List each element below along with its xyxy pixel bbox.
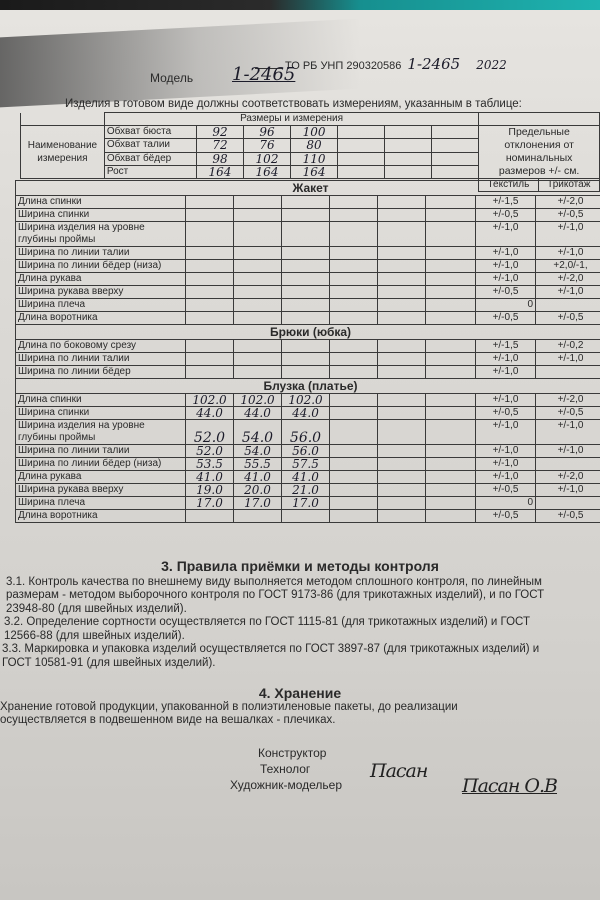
measurement-value (186, 286, 234, 299)
measurement-value: 102.0 (186, 394, 234, 407)
size-value (432, 165, 479, 178)
tolerance-textile: +/-0,5 (476, 209, 536, 222)
tolerance-textile: +/-1,0 (476, 353, 536, 366)
measurement-value (426, 209, 476, 222)
measurement-value (234, 299, 282, 312)
measurement-value (330, 510, 378, 523)
measurement-value: 52.0 (186, 420, 234, 445)
measurement-row: Ширина по линии бёдер (низа)+/-1,0+2,0/-… (16, 260, 600, 273)
measurement-value (426, 340, 476, 353)
measurement-label: Длина воротника (16, 510, 186, 523)
tolerance-knit: +/-2,0 (536, 471, 600, 484)
measurement-value (378, 273, 426, 286)
measurement-value (330, 312, 378, 325)
measurement-value (426, 471, 476, 484)
measurement-value (282, 273, 330, 286)
measurement-value (378, 497, 426, 510)
tolerance-knit: +/-0,5 (536, 407, 600, 420)
measurement-value: 54.0 (234, 445, 282, 458)
measurement-row: Длина воротника+/-0,5+/-0,5 (16, 312, 600, 325)
measurement-value (282, 247, 330, 260)
measurement-value (426, 196, 476, 209)
tolerance-knit (536, 458, 600, 471)
size-value (385, 139, 432, 152)
tolerance-textile: 0 (476, 299, 536, 312)
measurement-value (426, 510, 476, 523)
measurement-value (234, 247, 282, 260)
measurement-label: Длина по боковому срезу (16, 340, 186, 353)
size-label: Обхват бёдер (104, 152, 196, 165)
measurement-row: Ширина изделия на уровне глубины проймы+… (16, 222, 600, 247)
measurement-value (282, 353, 330, 366)
measurement-value (426, 445, 476, 458)
measurement-value: 53.5 (186, 458, 234, 471)
measurement-label: Ширина по линии талии (16, 445, 186, 458)
tolerance-knit (536, 299, 600, 312)
measurement-label: Ширина по линии талии (16, 247, 186, 260)
measurement-value: 56.0 (282, 420, 330, 445)
measurement-row: Ширина спинки44.044.044.0+/-0,5+/-0,5 (16, 407, 600, 420)
measurement-value: 102.0 (234, 394, 282, 407)
measurement-value (330, 209, 378, 222)
rules-title: 3. Правила приёмки и методы контроля (0, 560, 600, 574)
measurement-value (426, 273, 476, 286)
measurement-value (234, 340, 282, 353)
measurement-value (330, 366, 378, 379)
measurement-value: 102.0 (282, 394, 330, 407)
storage-title: 4. Хранение (0, 687, 600, 701)
tolerance-knit: +2,0/-1, (536, 260, 600, 273)
measurement-value (330, 420, 378, 445)
size-value (338, 126, 385, 139)
measurement-value (186, 312, 234, 325)
measurement-value (378, 407, 426, 420)
measurement-row: Ширина по линии талии52.054.056.0+/-1,0+… (16, 445, 600, 458)
measurement-label: Ширина по линии бёдер (низа) (16, 458, 186, 471)
measurement-value: 17.0 (186, 497, 234, 510)
storage-text: Хранение готовой продукции, упакованной … (0, 701, 600, 728)
section-title: Блузка (платье) (16, 379, 600, 394)
measurement-value (234, 273, 282, 286)
measurement-value: 54.0 (234, 420, 282, 445)
tolerance-knit: +/-1,0 (536, 353, 600, 366)
tolerance-knit: +/-1,0 (536, 222, 600, 247)
tolerance-textile: 0 (476, 497, 536, 510)
measurement-value (282, 209, 330, 222)
size-value: 110 (291, 152, 338, 165)
measurement-value (282, 222, 330, 247)
measurement-value: 41.0 (234, 471, 282, 484)
measurement-label: Ширина спинки (16, 209, 186, 222)
measurement-value (186, 260, 234, 273)
measurement-value (330, 222, 378, 247)
section-header: Брюки (юбка) (16, 325, 600, 340)
measurement-row: Ширина рукава вверху+/-0,5+/-1,0 (16, 286, 600, 299)
measurement-value (330, 196, 378, 209)
measurement-label: Ширина рукава вверху (16, 286, 186, 299)
rules-section: 3. Правила приёмки и методы контроля 3.1… (0, 560, 600, 670)
measurement-value (378, 458, 426, 471)
size-value: 92 (196, 126, 243, 139)
measurement-value: 41.0 (282, 471, 330, 484)
measurement-value (330, 299, 378, 312)
measurement-value (330, 484, 378, 497)
measurement-value (426, 247, 476, 260)
measurement-row: Ширина плеча17.017.017.00 (16, 497, 600, 510)
measurement-value: 44.0 (282, 407, 330, 420)
spacer (21, 113, 105, 126)
spacer (479, 113, 600, 126)
rule-3-2: 3.2. Определение сортности осуществляетс… (0, 616, 600, 643)
measurement-value (282, 366, 330, 379)
measurement-row: Длина по боковому срезу+/-1,5+/-0,2 (16, 340, 600, 353)
measurement-value (234, 222, 282, 247)
measurement-value (186, 209, 234, 222)
tolerance-knit: +/-2,0 (536, 394, 600, 407)
measurement-value (426, 312, 476, 325)
measurement-value (426, 366, 476, 379)
standard-number: 1-2465 (407, 55, 460, 73)
size-value (385, 152, 432, 165)
tolerance-textile: +/-1,0 (476, 273, 536, 286)
size-label: Обхват бюста (104, 126, 196, 139)
measurement-value (186, 510, 234, 523)
measurement-row: Ширина по линии талии+/-1,0+/-1,0 (16, 247, 600, 260)
measurement-value (426, 484, 476, 497)
measurement-value (330, 273, 378, 286)
measurement-value: 55.5 (234, 458, 282, 471)
measurement-value (234, 510, 282, 523)
measurement-value: 17.0 (234, 497, 282, 510)
year: 2022 (476, 58, 507, 72)
measurement-value: 20.0 (234, 484, 282, 497)
measurement-label: Ширина плеча (16, 497, 186, 510)
tolerance-knit: +/-0,5 (536, 209, 600, 222)
tolerance-knit: +/-1,0 (536, 286, 600, 299)
tolerance-header: Предельные отклонения от номинальных раз… (479, 126, 600, 179)
tolerance-textile: +/-1,0 (476, 394, 536, 407)
size-value (432, 139, 479, 152)
measurement-value (186, 222, 234, 247)
measurement-row: Длина рукава41.041.041.0+/-1,0+/-2,0 (16, 471, 600, 484)
measurement-value (282, 312, 330, 325)
size-value: 76 (243, 139, 290, 152)
measurement-value (378, 471, 426, 484)
measurement-value: 19.0 (186, 484, 234, 497)
model-label: Модель (150, 71, 193, 85)
tolerance-textile: +/-0,5 (476, 484, 536, 497)
measurement-label: Длина рукава (16, 273, 186, 286)
size-value: 164 (196, 165, 243, 178)
size-value: 72 (196, 139, 243, 152)
measurement-value (426, 353, 476, 366)
measurement-value: 44.0 (234, 407, 282, 420)
measurement-value (378, 366, 426, 379)
measurement-value (378, 420, 426, 445)
tolerance-knit: +/-2,0 (536, 273, 600, 286)
measurement-label: Длина воротника (16, 312, 186, 325)
measurement-value: 56.0 (282, 445, 330, 458)
measurement-value (378, 445, 426, 458)
size-label: Рост (104, 165, 196, 178)
role-constructor: Конструктор (230, 745, 342, 761)
measurement-label: Ширина плеча (16, 299, 186, 312)
tolerance-knit: +/-1,0 (536, 484, 600, 497)
rule-3-3: 3.3. Маркировка и упаковка изделий осуще… (0, 643, 600, 670)
measurement-value (426, 286, 476, 299)
measurement-row: Ширина по линии талии+/-1,0+/-1,0 (16, 353, 600, 366)
measurement-value (330, 286, 378, 299)
measurement-value (186, 366, 234, 379)
measurement-value (330, 340, 378, 353)
signature-roles: Конструктор Технолог Художник-модельер (230, 745, 342, 793)
measurement-row: Длина рукава+/-1,0+/-2,0 (16, 273, 600, 286)
size-value (432, 152, 479, 165)
tolerance-knit: +/-1,0 (536, 445, 600, 458)
tolerance-textile: +/-0,5 (476, 312, 536, 325)
tolerance-knit: +/-0,5 (536, 510, 600, 523)
signature: Пасан (370, 760, 427, 782)
rule-3-1: 3.1. Контроль качества по внешнему виду … (0, 574, 600, 617)
tolerance-textile: +/-1,5 (476, 196, 536, 209)
sizes-header: Размеры и измерения (104, 113, 478, 126)
measurement-value (378, 312, 426, 325)
tolerance-textile: +/-1,0 (476, 260, 536, 273)
measurement-value (330, 497, 378, 510)
measurement-value (234, 260, 282, 273)
measurement-value (378, 286, 426, 299)
tolerance-textile: +/-1,0 (476, 445, 536, 458)
measurement-value (426, 407, 476, 420)
size-value: 164 (243, 165, 290, 178)
measurement-value (234, 353, 282, 366)
measurement-value (234, 196, 282, 209)
measurement-value (426, 299, 476, 312)
tolerance-knit: +/-1,0 (536, 247, 600, 260)
tolerance-textile: +/-0,5 (476, 286, 536, 299)
section-title: Брюки (юбка) (16, 325, 600, 340)
measurement-value (186, 353, 234, 366)
size-value (338, 139, 385, 152)
measurement-value (282, 196, 330, 209)
measurement-label: Ширина изделия на уровне глубины проймы (16, 222, 186, 247)
tolerance-textile: +/-1,5 (476, 340, 536, 353)
measurement-value (234, 312, 282, 325)
measurement-value (426, 260, 476, 273)
measurement-value (234, 209, 282, 222)
size-value: 102 (243, 152, 290, 165)
measurement-value (378, 353, 426, 366)
measurement-value (330, 394, 378, 407)
measurement-value (426, 458, 476, 471)
measurement-value (234, 286, 282, 299)
measurements-table: ЖакетДлина спинки+/-1,5+/-2,0Ширина спин… (15, 180, 600, 523)
measurement-row: Ширина изделия на уровне глубины проймы5… (16, 420, 600, 445)
measurement-row: Ширина спинки+/-0,5+/-0,5 (16, 209, 600, 222)
size-value (338, 152, 385, 165)
measurement-value: 57.5 (282, 458, 330, 471)
measurement-value: 44.0 (186, 407, 234, 420)
measurement-row: Ширина рукава вверху19.020.021.0+/-0,5+/… (16, 484, 600, 497)
measurement-value (426, 394, 476, 407)
measurement-label: Ширина по линии талии (16, 353, 186, 366)
tolerance-textile: +/-0,5 (476, 510, 536, 523)
measurement-label: Длина спинки (16, 394, 186, 407)
intro-text: Изделия в готовом виде должны соответств… (65, 98, 522, 110)
role-technologist: Технолог (230, 761, 342, 777)
measurement-label: Ширина изделия на уровне глубины проймы (16, 420, 186, 445)
measurement-value: 41.0 (186, 471, 234, 484)
measurement-value (378, 209, 426, 222)
measurement-value (330, 247, 378, 260)
measurement-value (282, 286, 330, 299)
size-value: 164 (291, 165, 338, 178)
measurement-value (330, 445, 378, 458)
tolerance-textile: +/-1,0 (476, 458, 536, 471)
measurement-value (186, 247, 234, 260)
measurement-row: Длина спинки+/-1,5+/-2,0 (16, 196, 600, 209)
section-title: Жакет (16, 181, 600, 196)
size-value: 80 (291, 139, 338, 152)
tolerance-textile: +/-0,5 (476, 407, 536, 420)
measurement-label: Ширина по линии бёдер (16, 366, 186, 379)
size-row: Наименование измеренияОбхват бюста929610… (21, 126, 600, 139)
tolerance-textile: +/-1,0 (476, 420, 536, 445)
measurement-row: Длина спинки102.0102.0102.0+/-1,0+/-2,0 (16, 394, 600, 407)
measurement-row: Ширина по линии бёдер (низа)53.555.557.5… (16, 458, 600, 471)
measurement-value (186, 196, 234, 209)
name-header: Наименование измерения (21, 126, 105, 179)
measurement-value (234, 366, 282, 379)
tolerance-knit: +/-1,0 (536, 420, 600, 445)
sizes-title-row: Размеры и измерения (21, 113, 600, 126)
tolerance-knit: +/-0,5 (536, 312, 600, 325)
measurement-value (426, 497, 476, 510)
section-header: Блузка (платье) (16, 379, 600, 394)
measurement-value (378, 222, 426, 247)
role-designer: Художник-модельер (230, 777, 342, 793)
measurement-row: Ширина по линии бёдер+/-1,0 (16, 366, 600, 379)
measurement-value: 21.0 (282, 484, 330, 497)
measurement-value (378, 299, 426, 312)
size-label: Обхват талии (104, 139, 196, 152)
measurement-label: Ширина спинки (16, 407, 186, 420)
measurement-value: 52.0 (186, 445, 234, 458)
tolerance-knit (536, 497, 600, 510)
size-value (338, 165, 385, 178)
measurement-value (330, 458, 378, 471)
tolerance-textile: +/-1,0 (476, 247, 536, 260)
measurement-value (186, 299, 234, 312)
signer-name: Пасан О.В (462, 775, 557, 797)
measurement-value (426, 420, 476, 445)
measurement-value (378, 247, 426, 260)
measurement-value: 17.0 (282, 497, 330, 510)
storage-section: 4. Хранение Хранение готовой продукции, … (0, 687, 600, 728)
measurement-value (378, 260, 426, 273)
measurement-value (330, 260, 378, 273)
model-value: 1-2465 (232, 64, 295, 85)
size-value: 98 (196, 152, 243, 165)
size-value (385, 126, 432, 139)
measurement-label: Длина спинки (16, 196, 186, 209)
tolerance-knit: +/-2,0 (536, 196, 600, 209)
measurement-value (330, 407, 378, 420)
measurement-label: Ширина рукава вверху (16, 484, 186, 497)
size-value: 96 (243, 126, 290, 139)
tolerance-textile: +/-1,0 (476, 471, 536, 484)
tolerance-textile: +/-1,0 (476, 366, 536, 379)
size-value (432, 126, 479, 139)
standard-code: ТО РБ УНП 290320586 (285, 60, 401, 72)
measurement-value (426, 222, 476, 247)
measurement-value (378, 196, 426, 209)
measurement-value (186, 273, 234, 286)
measurement-value (378, 510, 426, 523)
measurement-value (378, 484, 426, 497)
size-value: 100 (291, 126, 338, 139)
measurement-value (282, 510, 330, 523)
measurement-value (378, 340, 426, 353)
measurement-label: Длина рукава (16, 471, 186, 484)
measurement-value (282, 340, 330, 353)
measurement-row: Ширина плеча0 (16, 299, 600, 312)
section-header: Жакет (16, 181, 600, 196)
measurement-value (378, 394, 426, 407)
tolerance-knit (536, 366, 600, 379)
tolerance-knit: +/-0,2 (536, 340, 600, 353)
measurement-value (330, 471, 378, 484)
measurement-value (282, 299, 330, 312)
tolerance-textile: +/-1,0 (476, 222, 536, 247)
measurement-value (186, 340, 234, 353)
measurement-value (330, 353, 378, 366)
measurement-row: Длина воротника+/-0,5+/-0,5 (16, 510, 600, 523)
size-value (385, 165, 432, 178)
measurement-label: Ширина по линии бёдер (низа) (16, 260, 186, 273)
measurement-value (282, 260, 330, 273)
